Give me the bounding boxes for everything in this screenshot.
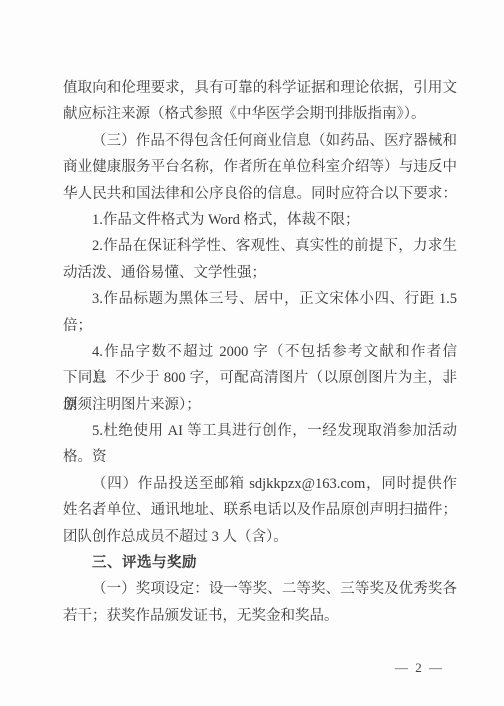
text-line: 3.作品标题为黑体三号、居中，正文宋体小四、行距 1.5 <box>63 286 457 312</box>
text-line: 4.作品字数不超过 2000 字（不包括参考文献和作者信息、 <box>63 339 457 365</box>
text-line: 值取向和伦理要求，具有可靠的科学证据和理论依据，引用文 <box>63 75 457 101</box>
text-line: 姓名、单位、通讯地址、联系电话以及作品原创声明扫描件； <box>63 497 457 523</box>
text-line: （四）作品投送至邮箱 sdjkkpzx@163.com，同时提供作者 <box>63 471 457 497</box>
text-line: 格。 <box>63 444 457 470</box>
text-line: 创须注明图片来源）； <box>63 392 457 418</box>
text-line: 动活泼、通俗易懂、文学性强； <box>63 260 457 286</box>
page-number: — 2 — <box>395 660 444 676</box>
text-line: 倍； <box>63 313 457 339</box>
section-heading: 三、评选与奖励 <box>63 550 457 576</box>
document-body: 值取向和伦理要求，具有可靠的科学证据和理论依据，引用文献应标注来源（格式参照《中… <box>63 75 457 629</box>
text-line: 1.作品文件格式为 Word 格式，体裁不限； <box>63 207 457 233</box>
text-line: 团队创作总成员不超过 3 人（含）。 <box>63 524 457 550</box>
text-line: 2.作品在保证科学性、客观性、真实性的前提下，力求生 <box>63 233 457 259</box>
text-line: （三）作品不得包含任何商业信息（如药品、医疗器械和 <box>63 128 457 154</box>
text-line: 商业健康服务平台名称，作者所在单位科室介绍等）与违反中 <box>63 154 457 180</box>
text-line: 华人民共和国法律和公序良俗的信息。同时应符合以下要求： <box>63 181 457 207</box>
text-line: 献应标注来源（格式参照《中华医学会期刊排版指南》）。 <box>63 101 457 127</box>
text-line: 5.杜绝使用 AI 等工具进行创作，一经发现取消参加活动资 <box>63 418 457 444</box>
text-line: 若干；获奖作品颁发证书，无奖金和奖品。 <box>63 603 457 629</box>
text-line: （一）奖项设定：设一等奖、二等奖、三等奖及优秀奖各 <box>63 576 457 602</box>
text-line: 下同）、不少于 800 字，可配高清图片（以原创图片为主，非原 <box>63 365 457 391</box>
document-page: 值取向和伦理要求，具有可靠的科学证据和理论依据，引用文献应标注来源（格式参照《中… <box>0 0 504 706</box>
